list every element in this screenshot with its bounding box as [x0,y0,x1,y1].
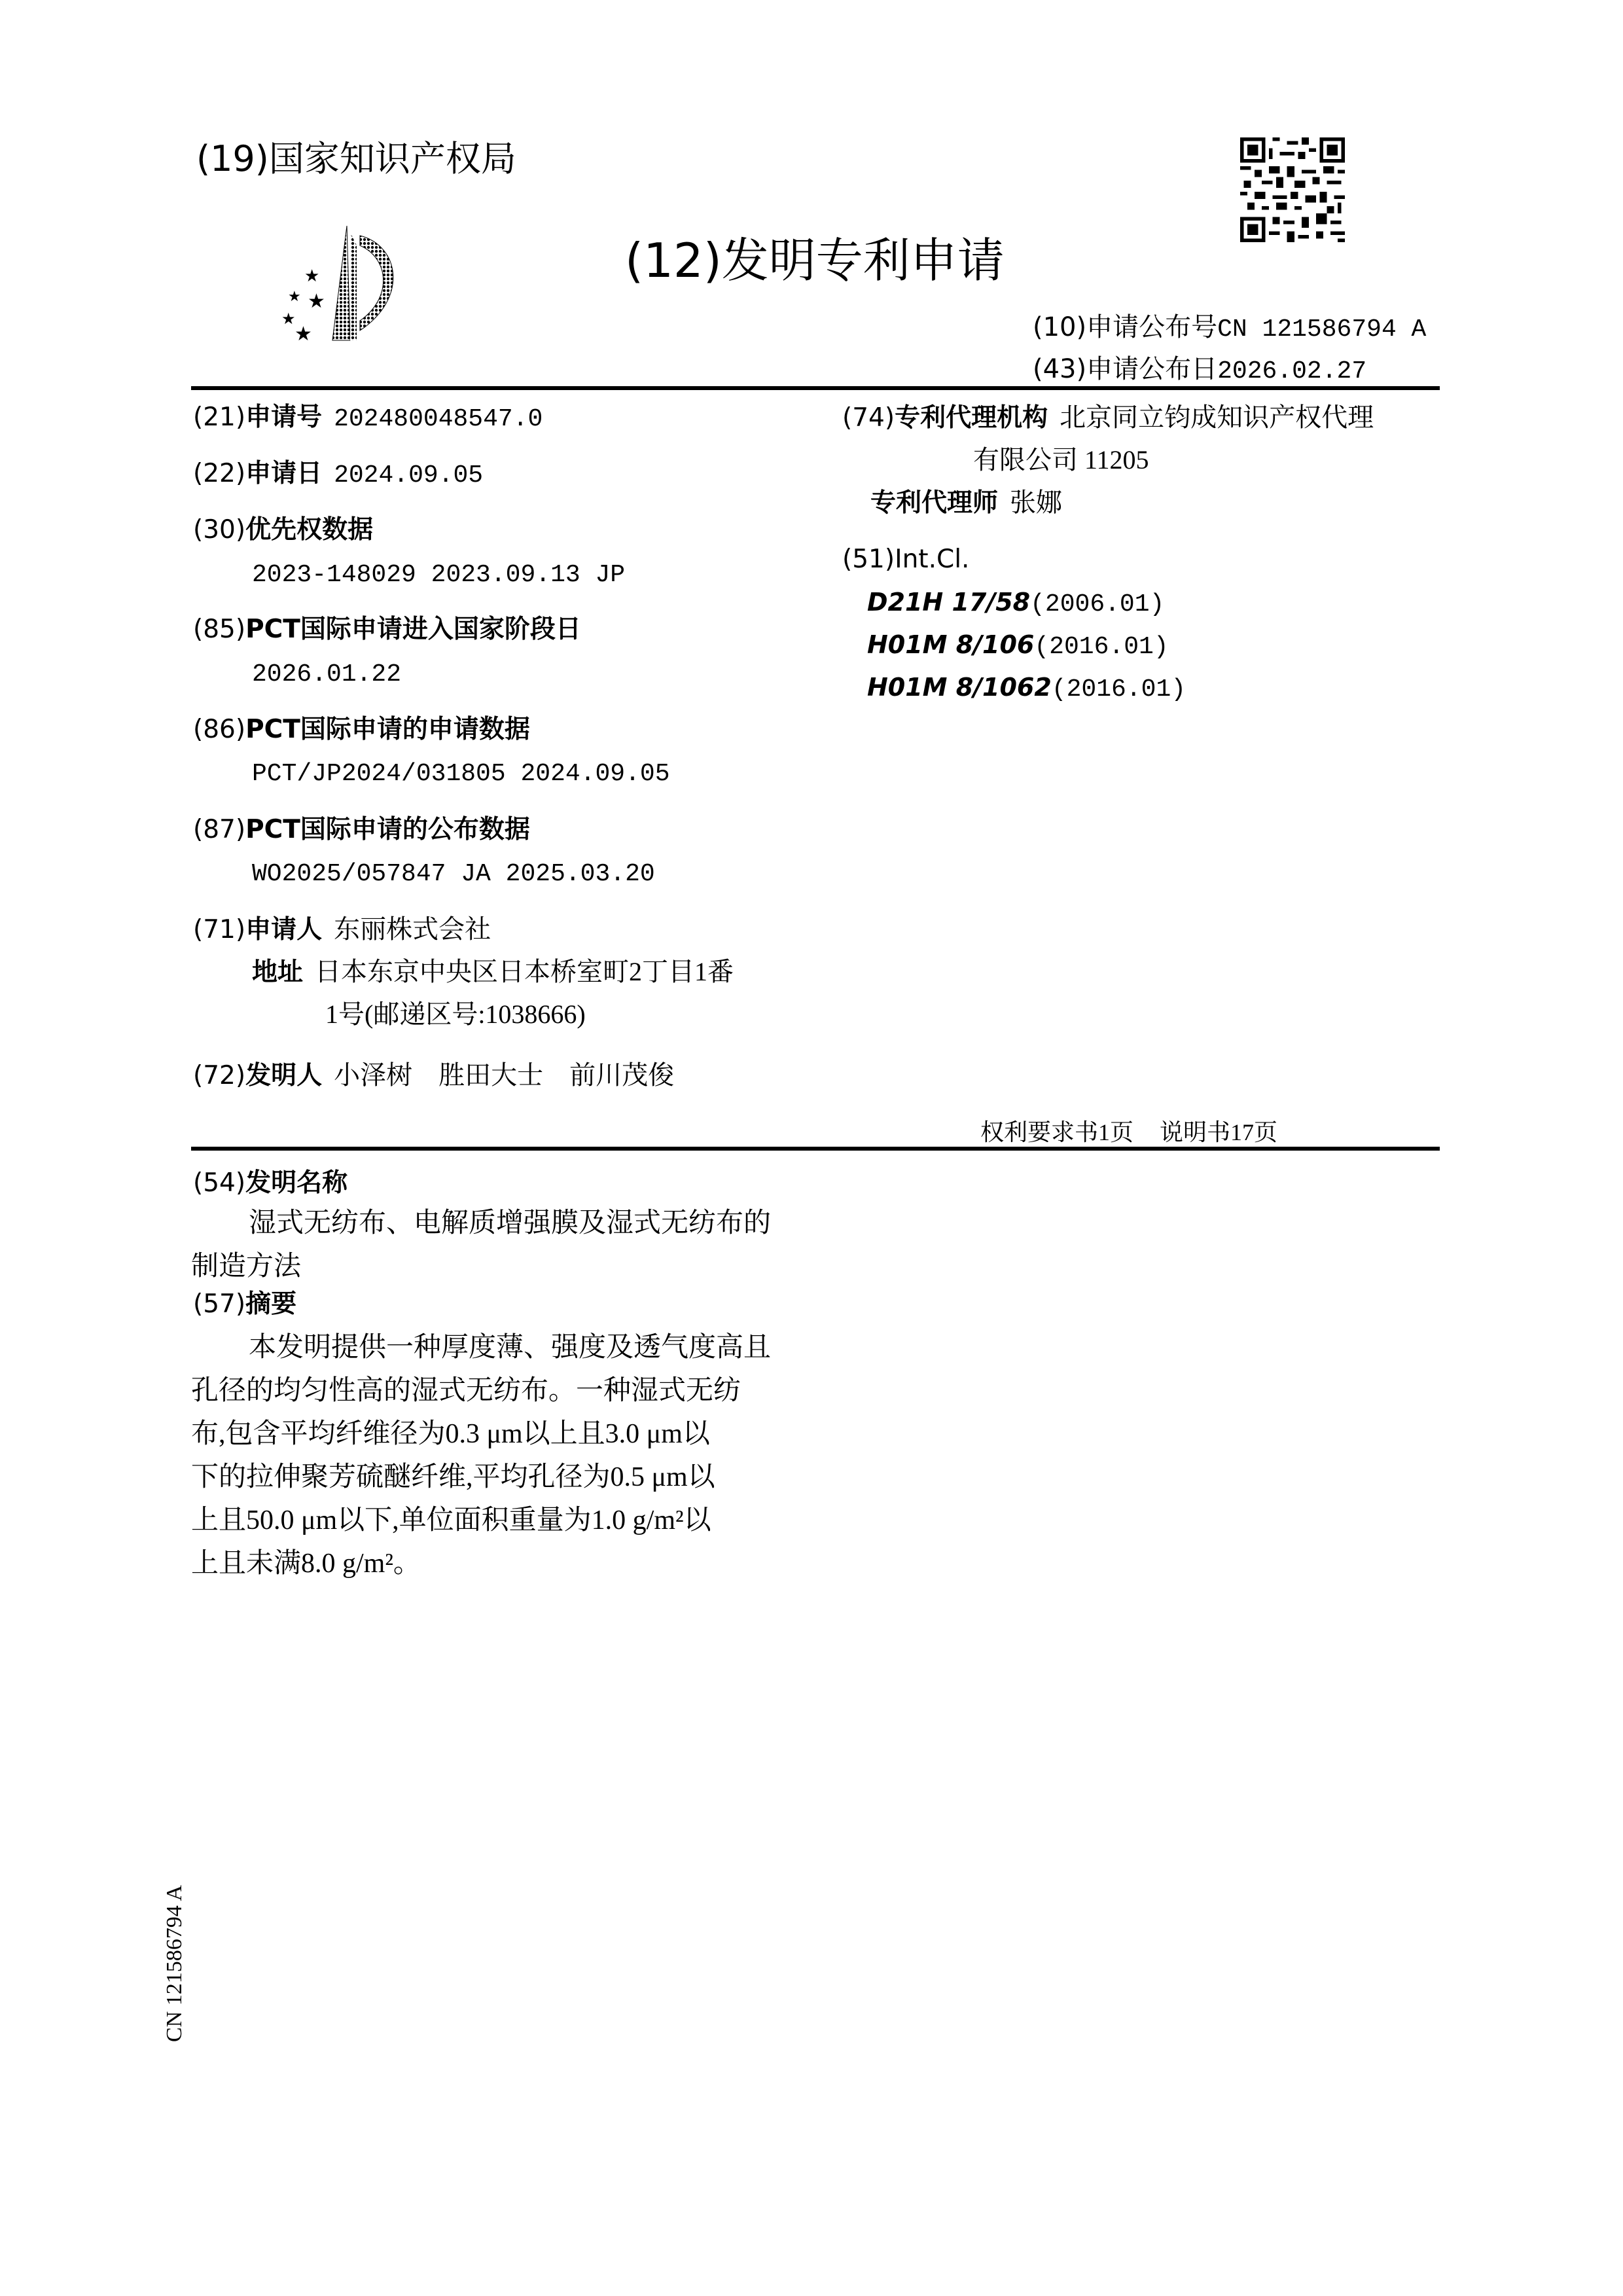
field-pct-national-entry: (85)PCT国际申请进入国家阶段日 [193,610,593,649]
publication-date-value: 2026.02.27 [1217,357,1366,386]
field-application-number: (21)申请号202480048547.0 [193,398,543,439]
top-divider [191,386,1440,390]
ipc-class-item: H01M 8/1062(2016.01) [867,668,1186,709]
claims-page-count: 权利要求书1页 [980,1119,1133,1145]
description-page-count: 说明书17页 [1160,1119,1277,1145]
svg-text:★: ★ [294,323,312,344]
cnipa-logo-icon: ★ ★ ★ ★ ★ [268,226,419,344]
publication-date-label: (43)申请公布日 [1033,354,1217,384]
svg-text:★: ★ [281,311,296,328]
publication-number-value: CN 121586794 A [1217,315,1426,344]
field-address: 地址日本东京中央区日本桥室町2丁目1番 [252,952,734,992]
patent-agency-line-2: 有限公司 11205 [973,440,1149,480]
page-counts: 权利要求书1页说明书17页 [980,1114,1277,1147]
qr-code-icon [1237,137,1348,242]
address-line-2: 1号(邮递区号:1038666) [325,995,586,1035]
field-patent-agent: 专利代理师张娜 [870,483,1062,523]
field-int-cl: (51)Int.Cl. [842,540,969,579]
field-pct-publication-data: (87)PCT国际申请的公布数据 [193,810,542,850]
pct-publication-data-value: WO2025/057847 JA 2025.03.20 [252,853,655,894]
field-application-date: (22)申请日2024.09.05 [193,454,483,495]
field-pct-application-data: (86)PCT国际申请的申请数据 [193,710,542,749]
document-type-title: (12)发明专利申请 [625,223,1005,291]
section-invention-title: (54)发明名称 [193,1164,359,1203]
ipc-class-item: D21H 17/58(2006.01) [867,583,1164,624]
section-divider [191,1147,1440,1151]
pct-application-data-value: PCT/JP2024/031805 2024.09.05 [252,753,670,794]
ipc-class-item: H01M 8/106(2016.01) [867,625,1169,667]
pct-national-entry-value: 2026.01.22 [252,653,401,694]
svg-text:★: ★ [308,291,325,312]
side-publication-number: CN 121586794 A [162,1885,187,2042]
svg-text:★: ★ [304,266,319,285]
field-applicant: (71)申请人东丽株式会社 [193,910,491,950]
field-patent-agency: (74)专利代理机构北京同立钧成知识产权代理 [842,398,1374,438]
field-priority-data: (30)优先权数据 [193,511,385,550]
office-name: (19)国家知识产权局 [196,131,516,181]
publication-date: (43)申请公布日2026.02.27 [1033,348,1366,386]
abstract-text: 本发明提供一种厚度薄、强度及透气度高且 孔径的均匀性高的湿式无纺布。一种湿式无纺… [191,1326,793,1585]
section-abstract: (57)摘要 [193,1285,308,1324]
publication-number: (10)申请公布号CN 121586794 A [1033,306,1426,344]
svg-text:★: ★ [288,288,301,304]
priority-data-value: 2023-148029 2023.09.13 JP [252,554,625,595]
publication-number-label: (10)申请公布号 [1033,312,1217,342]
invention-title: 湿式无纺布、电解质增强膜及湿式无纺布的 制造方法 [191,1202,793,1288]
field-inventors: (72)发明人小泽树胜田大士前川茂俊 [193,1056,674,1096]
